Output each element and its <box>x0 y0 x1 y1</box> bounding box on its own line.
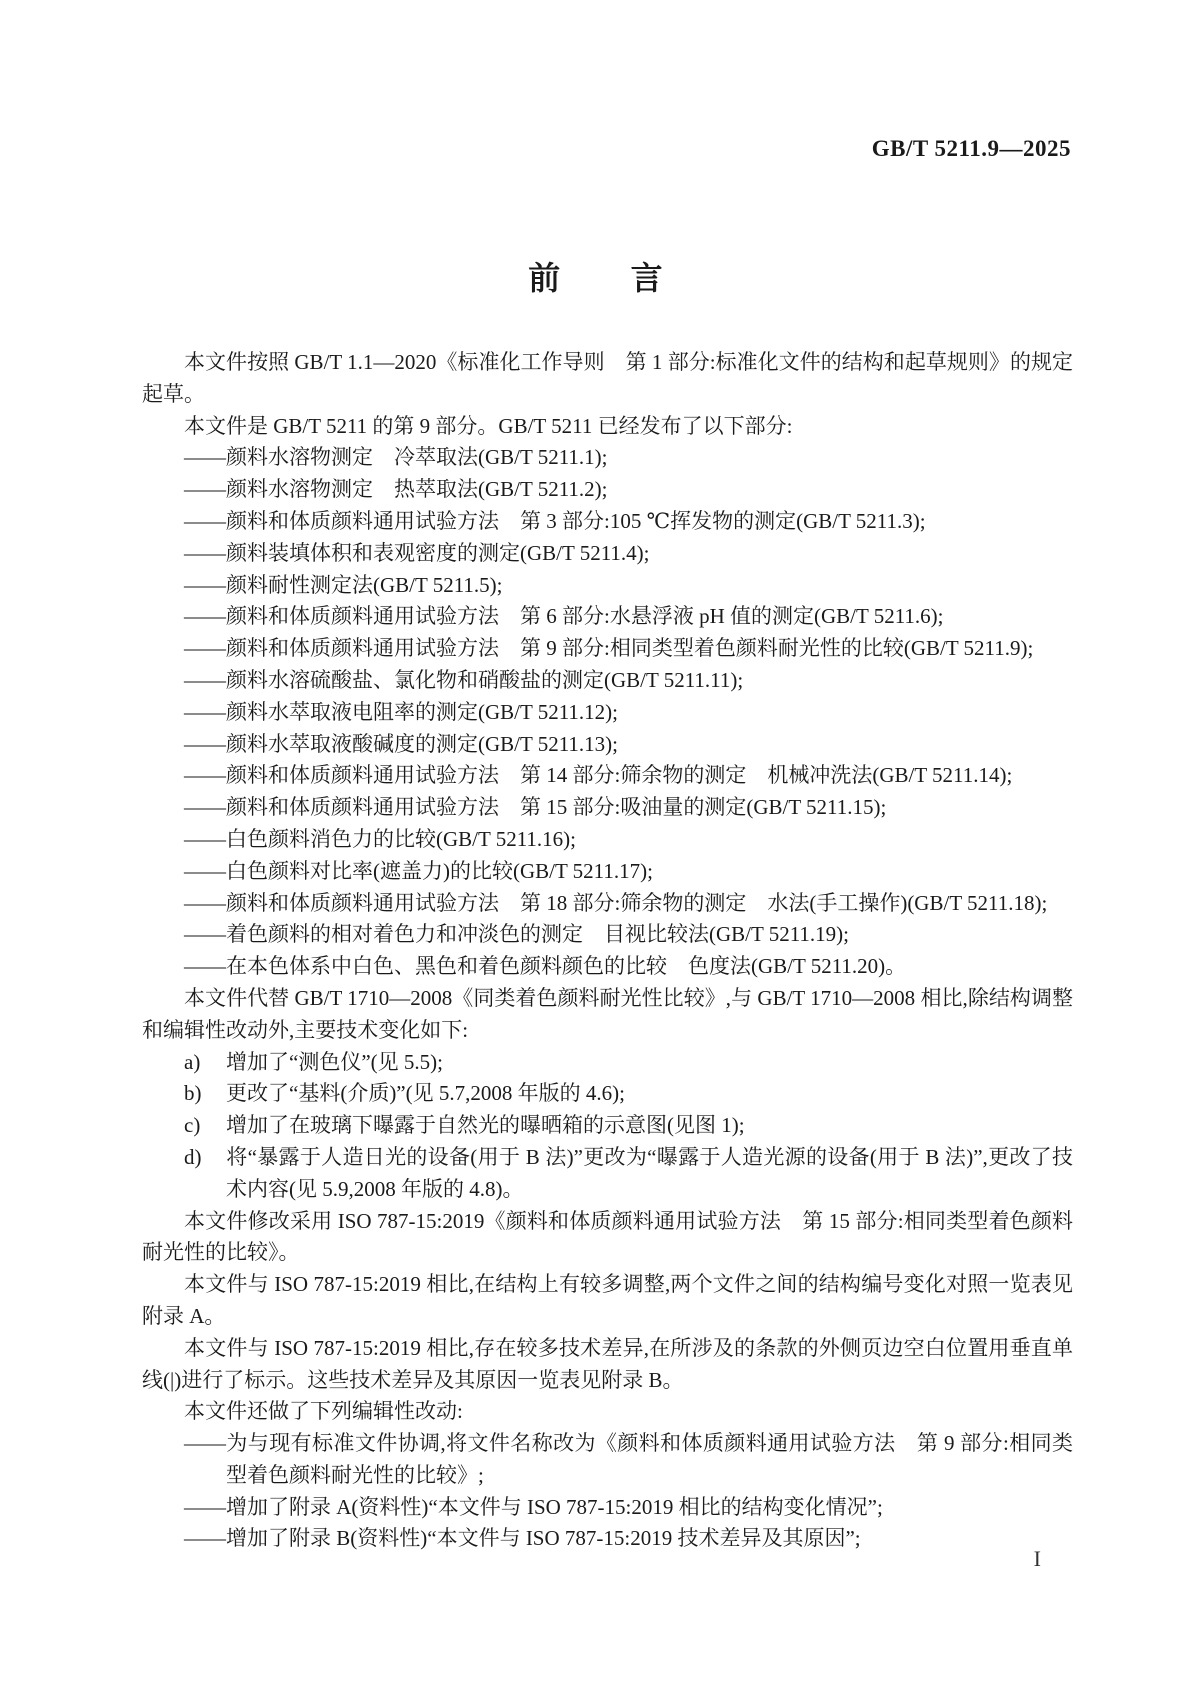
technical-change-label: c) <box>184 1110 226 1142</box>
para-drafting-basis: 本文件按照 GB/T 1.1—2020《标准化工作导则 第 1 部分:标准化文件… <box>142 347 1073 411</box>
technical-change-label: d) <box>184 1142 226 1174</box>
published-part-item: ——颜料水萃取液酸碱度的测定(GB/T 5211.13); <box>142 729 1073 761</box>
para-structure-comparison: 本文件与 ISO 787-15:2019 相比,在结构上有较多调整,两个文件之间… <box>142 1269 1073 1333</box>
technical-change-label: a) <box>184 1047 226 1079</box>
doc-code: GB/T 5211.9—2025 <box>872 136 1071 162</box>
technical-change-label: b) <box>184 1078 226 1110</box>
published-part-item: ——颜料水萃取液电阻率的测定(GB/T 5211.12); <box>142 697 1073 729</box>
technical-change-text: 更改了“基料(介质)”(见 5.7,2008 年版的 4.6); <box>226 1081 625 1105</box>
published-part-item: ——颜料水溶物测定 冷萃取法(GB/T 5211.1); <box>142 442 1073 474</box>
editorial-changes-list: ——为与现有标准文件协调,将文件名称改为《颜料和体质颜料通用试验方法 第 9 部… <box>142 1428 1073 1555</box>
published-part-item: ——颜料耐性测定法(GB/T 5211.5); <box>142 570 1073 602</box>
para-series-intro: 本文件是 GB/T 5211 的第 9 部分。GB/T 5211 已经发布了以下… <box>142 411 1073 443</box>
para-replacement: 本文件代替 GB/T 1710—2008《同类着色颜料耐光性比较》,与 GB/T… <box>142 983 1073 1047</box>
published-part-item: ——白色颜料消色力的比较(GB/T 5211.16); <box>142 824 1073 856</box>
document-page: GB/T 5211.9—2025 前言 本文件按照 GB/T 1.1—2020《… <box>0 0 1191 1685</box>
published-part-item: ——颜料水溶物测定 热萃取法(GB/T 5211.2); <box>142 474 1073 506</box>
published-part-item: ——颜料和体质颜料通用试验方法 第 9 部分:相同类型着色颜料耐光性的比较(GB… <box>142 633 1073 665</box>
editorial-change-item: ——为与现有标准文件协调,将文件名称改为《颜料和体质颜料通用试验方法 第 9 部… <box>142 1428 1073 1492</box>
published-part-item: ——白色颜料对比率(遮盖力)的比较(GB/T 5211.17); <box>142 856 1073 888</box>
published-part-item: ——颜料和体质颜料通用试验方法 第 15 部分:吸油量的测定(GB/T 5211… <box>142 792 1073 824</box>
technical-change-text: 将“暴露于人造日光的设备(用于 B 法)”更改为“曝露于人造光源的设备(用于 B… <box>226 1145 1073 1201</box>
published-part-item: ——颜料和体质颜料通用试验方法 第 18 部分:筛余物的测定 水法(手工操作)(… <box>142 888 1073 920</box>
technical-change-item: d)将“暴露于人造日光的设备(用于 B 法)”更改为“曝露于人造光源的设备(用于… <box>142 1142 1073 1206</box>
technical-changes-list: a)增加了“测色仪”(见 5.5); b)更改了“基料(介质)”(见 5.7,2… <box>142 1047 1073 1206</box>
page-number: I <box>1034 1546 1041 1572</box>
published-parts-list: ——颜料水溶物测定 冷萃取法(GB/T 5211.1); ——颜料水溶物测定 热… <box>142 442 1073 983</box>
para-technical-differences: 本文件与 ISO 787-15:2019 相比,存在较多技术差异,在所涉及的条款… <box>142 1333 1073 1397</box>
published-part-item: ——颜料和体质颜料通用试验方法 第 3 部分:105 ℃挥发物的测定(GB/T … <box>142 506 1073 538</box>
technical-change-item: b)更改了“基料(介质)”(见 5.7,2008 年版的 4.6); <box>142 1078 1073 1110</box>
foreword-content: 本文件按照 GB/T 1.1—2020《标准化工作导则 第 1 部分:标准化文件… <box>142 347 1073 1555</box>
published-part-item: ——颜料水溶硫酸盐、氯化物和硝酸盐的测定(GB/T 5211.11); <box>142 665 1073 697</box>
technical-change-text: 增加了在玻璃下曝露于自然光的曝晒箱的示意图(见图 1); <box>226 1113 745 1137</box>
published-part-item: ——颜料和体质颜料通用试验方法 第 14 部分:筛余物的测定 机械冲洗法(GB/… <box>142 760 1073 792</box>
published-part-item: ——在本色体系中白色、黑色和着色颜料颜色的比较 色度法(GB/T 5211.20… <box>142 951 1073 983</box>
page-title: 前言 <box>0 253 1191 299</box>
para-iso-adoption: 本文件修改采用 ISO 787-15:2019《颜料和体质颜料通用试验方法 第 … <box>142 1206 1073 1270</box>
published-part-item: ——着色颜料的相对着色力和冲淡色的测定 目视比较法(GB/T 5211.19); <box>142 919 1073 951</box>
technical-change-text: 增加了“测色仪”(见 5.5); <box>226 1050 443 1074</box>
published-part-item: ——颜料装填体积和表观密度的测定(GB/T 5211.4); <box>142 538 1073 570</box>
technical-change-item: a)增加了“测色仪”(见 5.5); <box>142 1047 1073 1079</box>
published-part-item: ——颜料和体质颜料通用试验方法 第 6 部分:水悬浮液 pH 值的测定(GB/T… <box>142 601 1073 633</box>
technical-change-item: c)增加了在玻璃下曝露于自然光的曝晒箱的示意图(见图 1); <box>142 1110 1073 1142</box>
editorial-change-item: ——增加了附录 B(资料性)“本文件与 ISO 787-15:2019 技术差异… <box>142 1523 1073 1555</box>
para-editorial-intro: 本文件还做了下列编辑性改动: <box>142 1396 1073 1428</box>
editorial-change-item: ——增加了附录 A(资料性)“本文件与 ISO 787-15:2019 相比的结… <box>142 1492 1073 1524</box>
